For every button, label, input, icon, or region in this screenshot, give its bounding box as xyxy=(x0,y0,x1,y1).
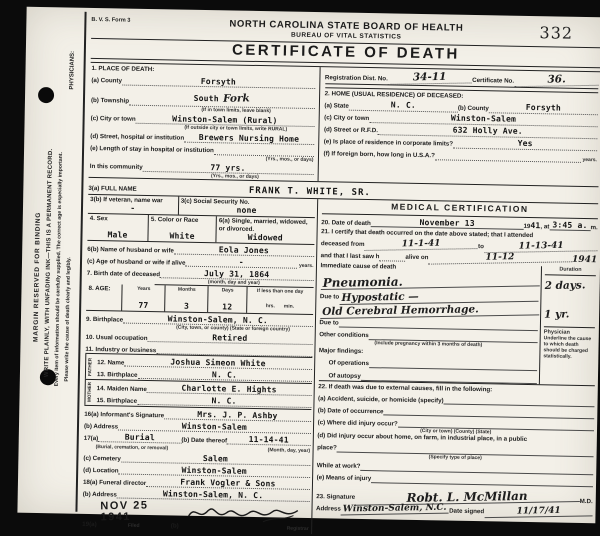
foreign-born-suffix: years. xyxy=(582,157,597,163)
attended-from-value: 11-1-41 xyxy=(364,239,478,251)
due-to-2-label: Due to xyxy=(319,319,338,327)
death-year-value: 41 xyxy=(530,222,540,231)
death-date-label: 20. Date of death xyxy=(321,219,371,228)
home-city-label: (c) City or town xyxy=(324,114,369,123)
alive-on-label: alive on xyxy=(405,254,428,262)
duration-column: Duration 2 days. 1 yr. Physician Underli… xyxy=(539,266,597,385)
cause-of-death-grid: Immediate cause of death Pneumonia. Due … xyxy=(318,262,597,386)
date-filed-stamp: NOV 25 1941 xyxy=(101,501,167,524)
birthplace-label: 9. Birthplace xyxy=(86,315,123,323)
immediate-cause-duration: 2 days. xyxy=(545,280,586,291)
to-label: to xyxy=(478,243,484,251)
registration-dist-label: Registration Dist. No. xyxy=(325,74,388,83)
home-street-label: (d) Street or R.F.D. xyxy=(324,126,378,135)
age-min-label: min. xyxy=(284,304,294,310)
physician-note: Physician Underline the cause to which d… xyxy=(543,326,595,361)
mother-side-label: MOTHER xyxy=(84,380,94,405)
due-to-duration: 1 yr. xyxy=(544,309,569,320)
margin-note-physicians: PHYSICIANS: xyxy=(69,34,76,108)
father-birthplace-value: N. C. xyxy=(137,370,311,383)
medical-column: MEDICAL CERTIFICATION 20. Date of death … xyxy=(312,199,599,536)
age-months-value: 3 xyxy=(184,303,189,311)
race-value: White xyxy=(169,232,194,241)
stay-label: (e) Length of stay in hospital or instit… xyxy=(90,145,214,155)
birth-date-label: 7. Birth date of deceased xyxy=(87,269,160,278)
age-months-header: Months xyxy=(178,287,196,293)
of-autopsy-value xyxy=(361,372,537,383)
last-saw-label: and that I last saw h xyxy=(321,252,380,261)
last-saw-year-value: 1941 xyxy=(572,256,597,265)
funeral-director-label: 18(a) Funeral director xyxy=(83,478,146,487)
informant-address-label: (b) Address xyxy=(84,422,118,430)
m-label: m. xyxy=(590,224,597,232)
last-saw-date-value: 11-12 xyxy=(428,252,572,264)
occurrence-date-label: (b) Date of occurrence xyxy=(318,407,384,416)
physician-address-label: Address xyxy=(316,505,341,513)
informant-signature-label: 16(a) Informant's Signature xyxy=(84,410,164,419)
date-signed-value: 11/17/41 xyxy=(484,506,592,518)
personal-column: 3(b) If veteran, name war- 3(c) Social S… xyxy=(82,195,318,534)
age-days-header: Days xyxy=(222,288,234,294)
filed-b-label: (b) xyxy=(171,522,179,530)
mother-name-label: 14. Maiden Name xyxy=(97,385,147,394)
cemetery-label: (c) Cemetery xyxy=(83,454,121,462)
means-of-injury-label: (e) Means of injury xyxy=(317,474,372,483)
mother-birthplace-value: N. C. xyxy=(137,396,311,409)
date-signed-label: Date signed xyxy=(449,508,484,516)
due-to-value-1: Hypostatic — xyxy=(339,290,538,305)
certificate-form: B. V. S. Form 3 NORTH CAROLINA STATE BOA… xyxy=(75,12,600,521)
certify-from-label: deceased from xyxy=(321,240,365,249)
county-label: (a) County xyxy=(91,77,122,85)
occupation-label: 10. Usual occupation xyxy=(86,333,148,342)
registration-dist-value: 34-11 xyxy=(388,72,472,85)
disposition-number: 17(a) xyxy=(84,434,99,442)
disposition-date-label: (b) Date thereof xyxy=(181,436,227,445)
veteran-label: 3(b) If veteran, name war xyxy=(90,196,163,205)
certificate-no-value: 36. xyxy=(514,74,598,87)
cemetery-location-label: (d) Location xyxy=(83,466,119,474)
form-code: B. V. S. Form 3 xyxy=(91,17,181,26)
marital-value: Widowed xyxy=(248,234,283,243)
home-county-value: Forsyth xyxy=(489,104,598,115)
immediate-cause-value: Pneumonia. xyxy=(320,273,539,290)
section-place-home: 1. PLACE OF DEATH: (a) CountyForsyth (b)… xyxy=(89,63,600,186)
age-hrs-label: hrs. xyxy=(266,303,275,309)
community-label: In this community xyxy=(90,163,143,172)
filed-number: 19(a) xyxy=(82,520,97,528)
injury-place-label-2: place? xyxy=(317,444,337,452)
sex-value: Male xyxy=(107,231,127,240)
race-label: 5. Color or Race xyxy=(151,216,199,225)
death-time-value: 3:45 a. xyxy=(549,221,590,231)
disposition-date-note: (Month, day, year) xyxy=(268,447,311,454)
registrar-label: Registrar xyxy=(287,526,309,532)
sex-label: 4. Sex xyxy=(90,215,108,223)
due-to-label: Due to xyxy=(320,293,339,301)
section-personal-medical: 3(b) If veteran, name war- 3(c) Social S… xyxy=(82,195,598,536)
spouse-label: 6(b) Name of husband or wife xyxy=(87,245,174,254)
full-name-value: FRANK T. WHITE, SR. xyxy=(249,187,371,199)
page-number: 332 xyxy=(511,25,600,43)
foreign-born-label: (f) If foreign born, how long in U.S.A.? xyxy=(323,150,434,160)
township-label: (b) Township xyxy=(91,97,129,105)
certificate-no-label: Certificate No. xyxy=(472,77,514,86)
physician-signature-label: 23. Signature xyxy=(316,493,355,501)
of-operations-label: Of operations xyxy=(329,359,369,367)
md-label: M.D. xyxy=(580,498,593,506)
disposition-type-value: Burial xyxy=(98,433,181,444)
section-place-of-death: 1. PLACE OF DEATH: (a) CountyForsyth (b)… xyxy=(89,63,321,181)
mother-birthplace-label: 15. Birthplace xyxy=(96,397,137,405)
age-days-value: 12 xyxy=(222,303,232,312)
physician-note-text: Underline the cause to which death shoul… xyxy=(543,335,594,360)
age-years-header: Years xyxy=(137,286,150,292)
home-state-label: (a) State xyxy=(324,102,349,110)
father-name-label: 12. Name xyxy=(97,359,124,367)
father-birthplace-label: 13. Birthplace xyxy=(97,371,138,379)
section-home: Registration Dist. No. 34-11 Certificate… xyxy=(318,68,600,187)
while-at-work-label: While at work? xyxy=(317,462,361,471)
home-state-value: N. C. xyxy=(349,101,458,112)
at-label: , at xyxy=(540,223,549,231)
certificate-page: MARGIN RESERVED FOR BINDING WRITE PLAINL… xyxy=(17,7,600,524)
other-conditions-label: Other conditions xyxy=(319,331,369,340)
father-side-label: FATHER xyxy=(85,354,95,379)
duration-header: Duration xyxy=(545,266,596,275)
age-label: 8. AGE: xyxy=(88,285,110,293)
filed-row: 19(a) NOV 25 1941 Filed (b) Registrar xyxy=(82,498,309,534)
means-of-injury-value xyxy=(371,475,593,487)
industry-label: 11. Industry or business xyxy=(85,345,156,354)
township-value: South Fork xyxy=(129,87,315,109)
attended-to-value: 11-13-41 xyxy=(484,241,598,253)
physician-address-value: Winston-Salem, N.C. xyxy=(341,504,449,516)
death-date-value: November 13 xyxy=(371,218,524,230)
city-label: (c) City or town xyxy=(91,115,136,124)
scanned-document: MARGIN RESERVED FOR BINDING WRITE PLAINL… xyxy=(0,0,600,536)
mother-group: MOTHER 14. Maiden NameCharlotte E. Hight… xyxy=(84,380,311,410)
ssn-value: none xyxy=(236,207,256,216)
of-autopsy-label: Of autopsy xyxy=(328,372,360,380)
home-county-label: (b) County xyxy=(458,105,489,113)
spouse-age-value: - xyxy=(185,258,297,269)
registrar-signature xyxy=(179,502,309,526)
due-to-value-2: Old Cerebral Hemorrhage. xyxy=(320,304,539,319)
years-suffix: years. xyxy=(299,263,314,269)
age-years-value: 77 xyxy=(138,302,148,311)
veteran-value: - xyxy=(130,205,135,213)
injury-where-label: (c) Where did injury occur? xyxy=(318,419,398,428)
margin-note-binding: MARGIN RESERVED FOR BINDING xyxy=(31,147,43,407)
disposition-date-value: 11-14-41 xyxy=(227,435,310,446)
full-name-label: 3(a) FULL NAME xyxy=(88,185,136,194)
filed-label: Filed xyxy=(128,523,140,529)
